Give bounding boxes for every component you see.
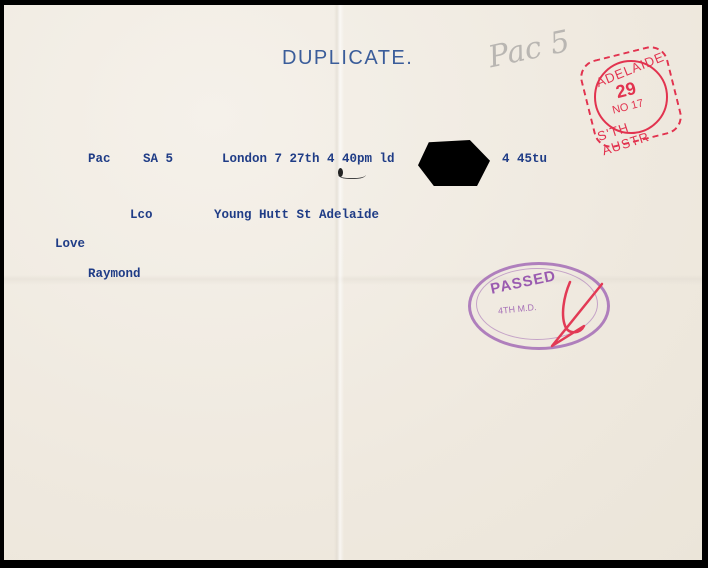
red-check-mark-icon bbox=[540, 276, 610, 350]
telegram-code: Pac bbox=[88, 152, 111, 166]
adelaide-postmark: ADELAIDE 29 NO 17 S'TH AUSTR bbox=[578, 44, 682, 148]
addressee-address: Young Hutt St Adelaide bbox=[214, 208, 379, 222]
signature: Raymond bbox=[88, 267, 141, 281]
telegram-series: SA 5 bbox=[143, 152, 173, 166]
addressee-name: Lco bbox=[130, 208, 153, 222]
telegram-origin: London 7 27th 4 40pm ld bbox=[222, 152, 395, 166]
document-heading: DUPLICATE. bbox=[282, 47, 413, 70]
message-body: Love bbox=[55, 237, 85, 251]
ink-mark bbox=[338, 168, 366, 179]
telegram-received-time: 4 45tu bbox=[502, 152, 547, 166]
